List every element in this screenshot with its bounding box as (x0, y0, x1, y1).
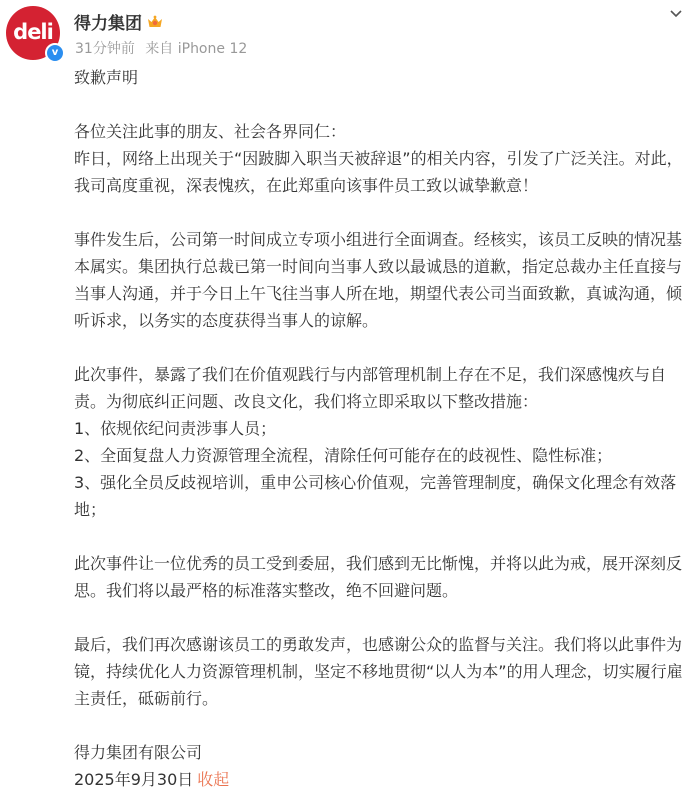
date-row: 2025年9月30日收起 (74, 766, 686, 792)
author-name-row: 得力集团 (74, 9, 163, 34)
paragraph-line: 最后，我们再次感谢该员工的勇敢发声，也感谢公众的监督与关注。我们将以此事件为镜，… (74, 631, 686, 712)
post-date: 2025年9月30日 (74, 770, 193, 789)
paragraph-line: 此次事件，暴露了我们在价值观践行与内部管理机制上存在不足，我们深感愧疚与自责。为… (74, 361, 686, 415)
paragraph-line: 事件发生后，公司第一时间成立专项小组进行全面调查。经核实，该员工反映的情况基本属… (74, 226, 686, 334)
list-item: 3、强化全员反歧视培训，重申公司核心价值观，完善管理制度，确保文化理念有效落地； (74, 469, 686, 523)
deli-logo: deli (13, 20, 53, 44)
post-meta: 31分钟前 来自 iPhone 12 (75, 38, 247, 58)
post-time[interactable]: 31分钟前 (75, 41, 135, 57)
paragraph-line: 昨日，网络上出现关于“因跛脚入职当天被辞退”的相关内容，引发了广泛关注。对此，我… (74, 145, 686, 199)
post-title: 致歉声明 (74, 64, 686, 91)
verified-v-icon: v (45, 43, 65, 63)
list-item: 2、全面复盘人力资源管理全流程，清除任何可能存在的歧视性、隐性标准； (74, 442, 686, 469)
paragraph-line: 此次事件让一位优秀的员工受到委屈，我们感到无比惭愧，并将以此为戒，展开深刻反思。… (74, 550, 686, 604)
post-source: 来自 iPhone 12 (145, 41, 247, 57)
list-item: 1、依规依纪问责涉事人员； (74, 415, 686, 442)
chevron-down-icon[interactable] (669, 4, 683, 14)
author-name[interactable]: 得力集团 (74, 9, 142, 34)
signature: 得力集团有限公司 (74, 739, 686, 766)
collapse-link[interactable]: 收起 (197, 770, 229, 789)
post-body: 致歉声明 各位关注此事的朋友、社会各界同仁： 昨日，网络上出现关于“因跛脚入职当… (74, 64, 686, 792)
vip-crown-icon (147, 15, 163, 29)
paragraph-line: 各位关注此事的朋友、社会各界同仁： (74, 118, 686, 145)
